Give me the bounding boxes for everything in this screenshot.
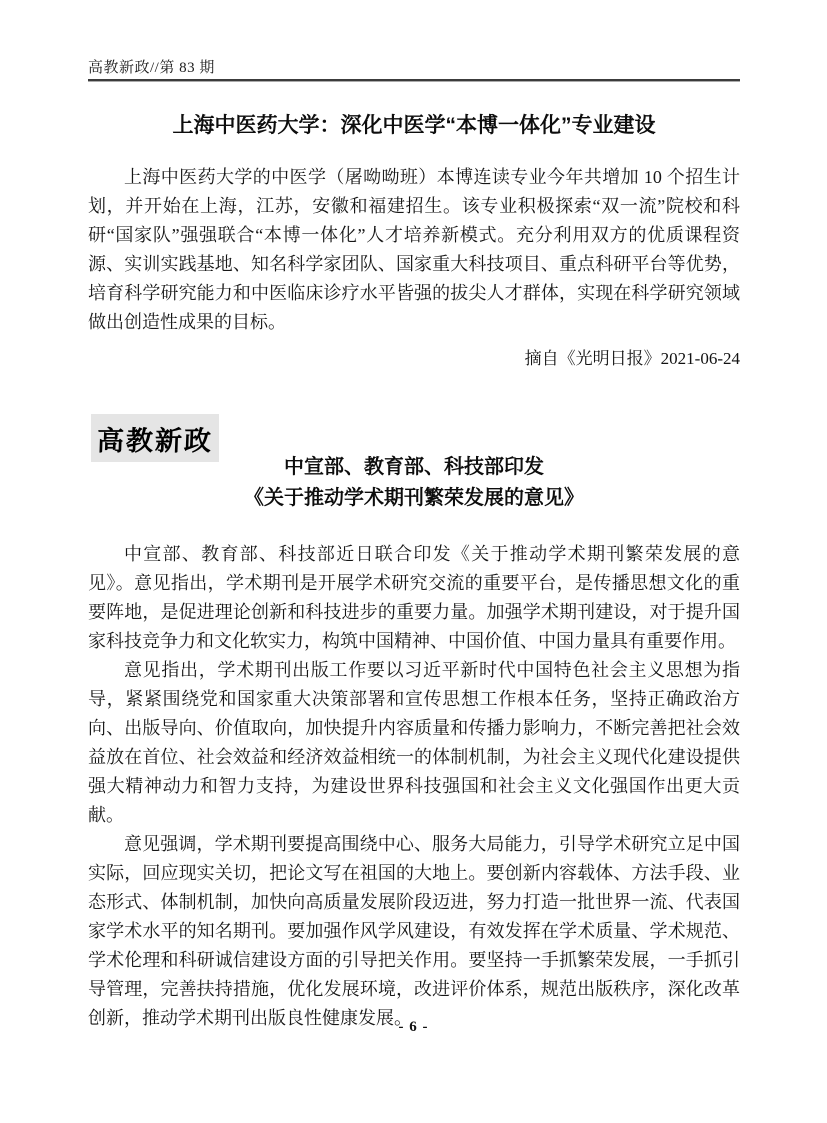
page-header-text: 高教新政//第 83 期 [88,56,215,77]
article1-title: 上海中医药大学：深化中医学“本博一体化”专业建设 [88,109,740,139]
article2-title-line2: 《关于推动学术期刊繁荣发展的意见》 [244,487,584,509]
article2-paragraph-1: 中宣部、教育部、科技部近日联合印发《关于推动学术期刊繁荣发展的意见》。意见指出，… [88,540,740,656]
article1-source: 摘自《光明日报》2021-06-24 [88,344,740,369]
article2-paragraph-2: 意见指出，学术期刊出版工作要以习近平新时代中国特色社会主义思想为指导，紧紧围绕党… [88,656,740,830]
article2-title: 中宣部、教育部、科技部印发 《关于推动学术期刊繁荣发展的意见》 [88,452,740,514]
document-page: 高教新政//第 83 期 上海中医药大学：深化中医学“本博一体化”专业建设 上海… [0,0,827,1123]
article1-body: 上海中医药大学的中医学（屠呦呦班）本博连读专业今年共增加 10 个招生计划，并开… [88,163,740,337]
page-number: - 6 - [0,1019,827,1036]
header-rule [88,79,740,82]
article2-body: 中宣部、教育部、科技部近日联合印发《关于推动学术期刊繁荣发展的意见》。意见指出，… [88,540,740,1033]
article2-title-line1: 中宣部、教育部、科技部印发 [284,456,544,478]
article2-paragraph-3: 意见强调，学术期刊要提高围绕中心、服务大局能力，引导学术研究立足中国实际，回应现… [88,830,740,1033]
article1-paragraph-1: 上海中医药大学的中医学（屠呦呦班）本博连读专业今年共增加 10 个招生计划，并开… [88,163,740,337]
